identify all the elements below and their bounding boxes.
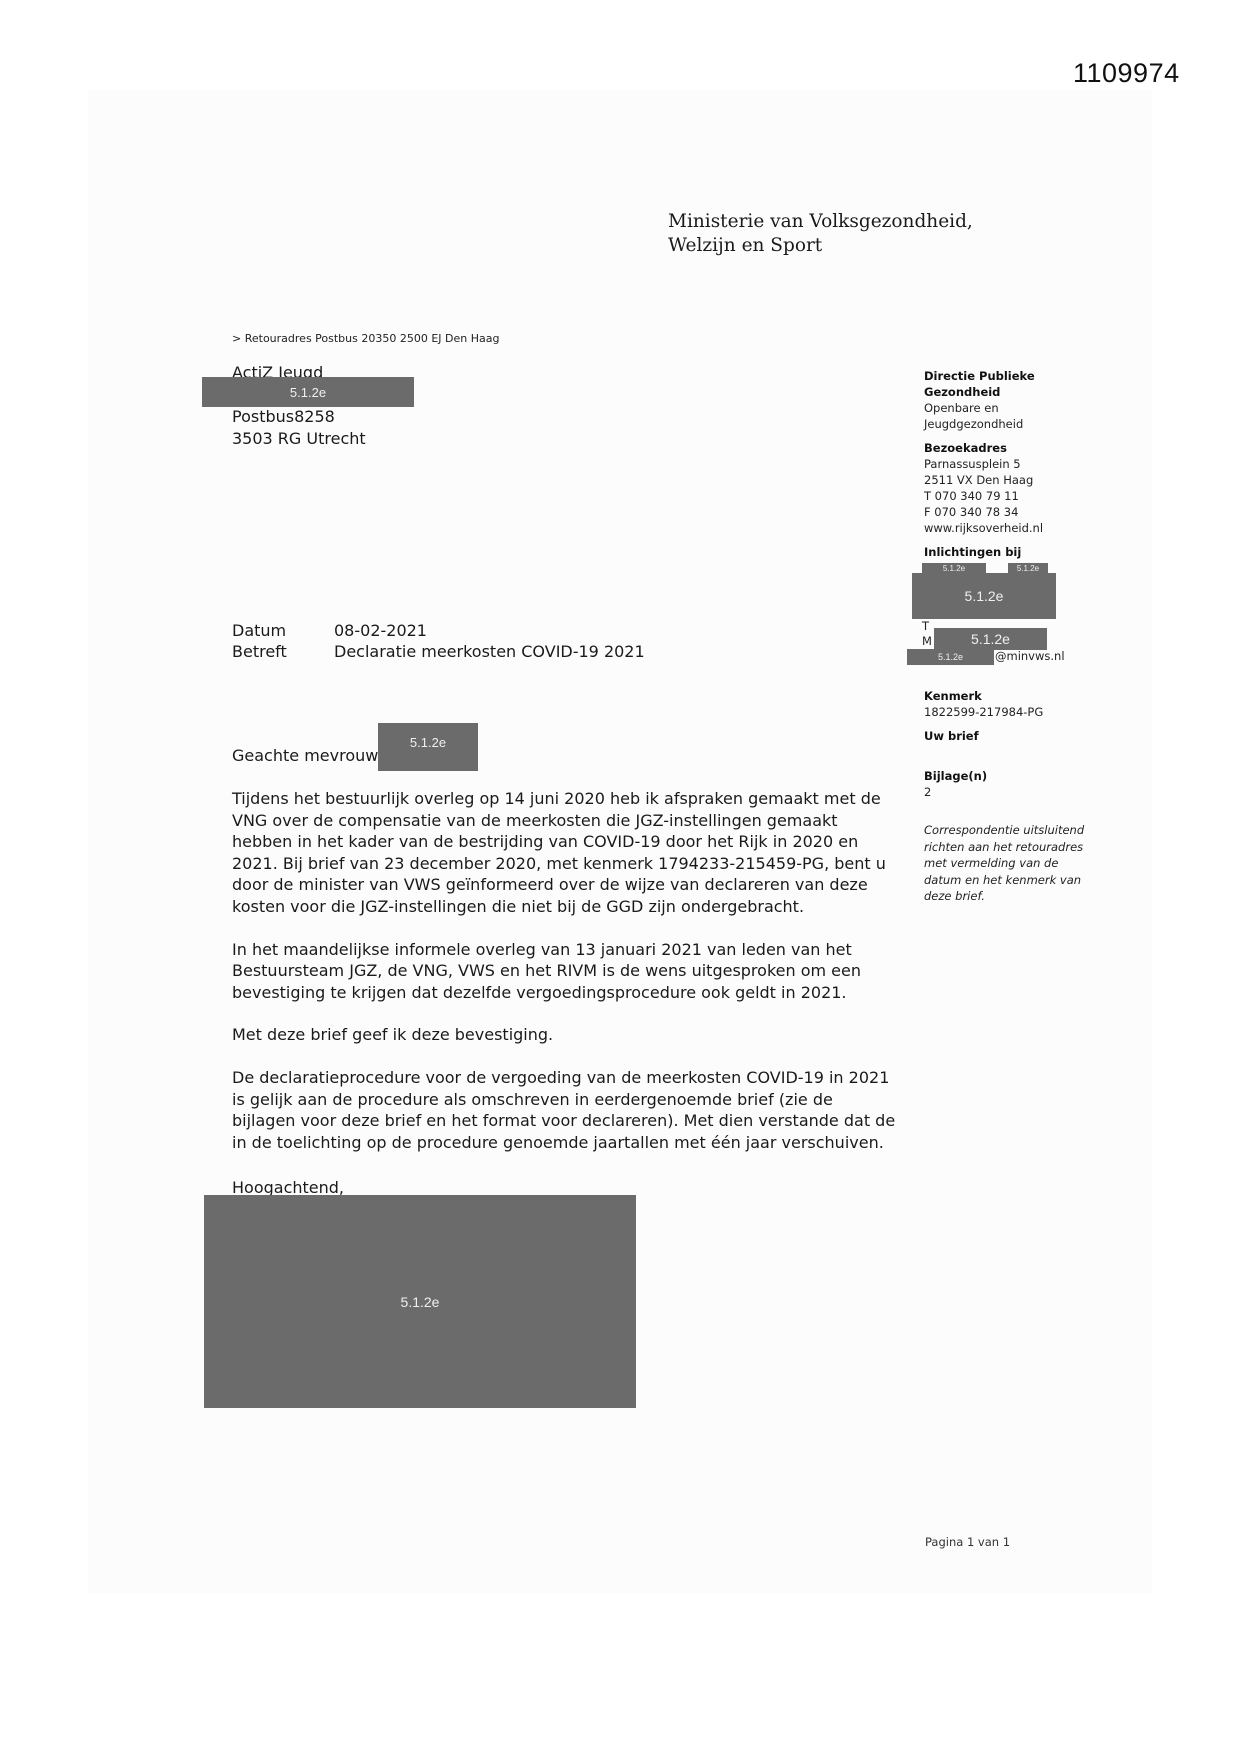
sender-sidebar: Directie Publieke Gezondheid Openbare en… <box>924 368 1124 560</box>
visit-address-title: Bezoekadres <box>924 440 1124 456</box>
uw-brief-title: Uw brief <box>924 728 1124 744</box>
correspondence-note: Correspondentie uitsluitend richten aan … <box>924 822 1094 905</box>
info-title: Inlichtingen bij <box>924 544 1124 560</box>
directie-sub-1: Openbare en <box>924 400 1124 416</box>
reference-sidebar: Kenmerk 1822599-217984-PG Uw brief Bijla… <box>924 688 1124 905</box>
recipient-postbus: Postbus8258 <box>232 406 366 428</box>
return-address: > Retouradres Postbus 20350 2500 EJ Den … <box>232 332 499 345</box>
info-t-label: T <box>922 619 929 633</box>
body-paragraph-4: De declaratieprocedure voor de vergoedin… <box>232 1067 912 1153</box>
ministry-logo-text: Ministerie van Volksgezondheid, Welzijn … <box>668 210 973 258</box>
info-m-label: M <box>922 634 932 648</box>
subject-label: Betreft <box>232 641 334 662</box>
directie-title-2: Gezondheid <box>924 384 1124 400</box>
salutation: Geachte mevrouw <box>232 746 378 765</box>
body-paragraph-1: Tijdens het bestuurlijk overleg op 14 ju… <box>232 788 912 918</box>
ministry-line-2: Welzijn en Sport <box>668 234 973 258</box>
visit-fax: F 070 340 78 34 <box>924 504 1124 520</box>
letter-body: Tijdens het bestuurlijk overleg op 14 ju… <box>232 788 912 1174</box>
ministry-line-1: Ministerie van Volksgezondheid, <box>668 210 973 234</box>
directie-title-1: Directie Publieke <box>924 368 1124 384</box>
info-email-suffix: @minvws.nl <box>995 649 1065 663</box>
letter-meta: Datum 08-02-2021 Betreft Declaratie meer… <box>232 620 645 662</box>
visit-website: www.rijksoverheid.nl <box>924 520 1124 536</box>
bijlagen-title: Bijlage(n) <box>924 768 1124 784</box>
redaction-signature: 5.1.2e <box>204 1195 636 1408</box>
visit-phone: T 070 340 79 11 <box>924 488 1124 504</box>
bijlagen-value: 2 <box>924 784 1124 800</box>
directie-sub-2: Jeugdgezondheid <box>924 416 1124 432</box>
redaction-info-mobile: 5.1.2e <box>934 628 1047 650</box>
recipient-city: 3503 RG Utrecht <box>232 428 366 450</box>
body-paragraph-3: Met deze brief geef ik deze bevestiging. <box>232 1024 912 1046</box>
kenmerk-title: Kenmerk <box>924 688 1124 704</box>
document-id: 1109974 <box>1073 58 1180 89</box>
redaction-info-email: 5.1.2e <box>907 649 994 665</box>
subject-value: Declaratie meerkosten COVID-19 2021 <box>334 641 645 662</box>
body-paragraph-2: In het maandelijkse informele overleg va… <box>232 939 912 1004</box>
redaction-salutation-name: 5.1.2e <box>378 723 478 771</box>
visit-street: Parnassusplein 5 <box>924 456 1124 472</box>
date-label: Datum <box>232 620 334 641</box>
redaction-recipient: 5.1.2e <box>202 377 414 407</box>
date-value: 08-02-2021 <box>334 620 427 641</box>
redaction-info-block: 5.1.2e <box>912 573 1056 619</box>
kenmerk-value: 1822599-217984-PG <box>924 704 1124 720</box>
page-number: Pagina 1 van 1 <box>925 1535 1010 1549</box>
visit-city: 2511 VX Den Haag <box>924 472 1124 488</box>
